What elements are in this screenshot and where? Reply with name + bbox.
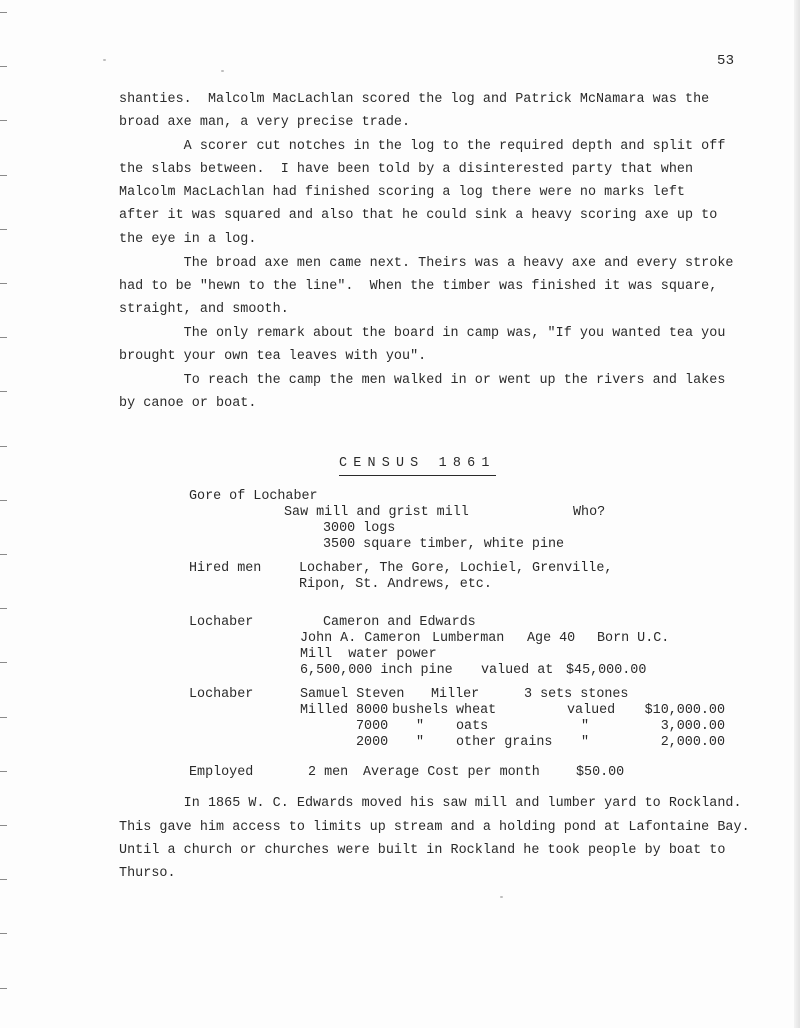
text-line: by canoe or boat. [119, 396, 256, 412]
census-hired-line1: Lochaber, The Gore, Lochiel, Grenville, [299, 561, 612, 577]
text-line: broad axe man, a very precise trade. [119, 115, 410, 131]
text-line: the eye in a log. [119, 232, 256, 248]
grain-value: $10,000.00 [645, 703, 725, 719]
grain-unit: " [416, 735, 424, 751]
census-steven-stones: 3 sets stones [524, 687, 628, 703]
binding-tick [0, 283, 7, 284]
binding-tick [0, 446, 7, 447]
document-page: 53 shanties. Malcolm MacLachlan scored t… [0, 0, 800, 1028]
census-employed-cost: $50.00 [576, 765, 624, 781]
census-cameron-born: Born U.C. [597, 631, 669, 647]
census-title-text: CENSUS 1861 [339, 456, 496, 471]
census-cameron-occupation: Lumberman [432, 631, 504, 647]
binding-tick [0, 662, 7, 663]
binding-tick [0, 175, 7, 176]
grain-valued: " [581, 735, 589, 751]
text-line: To reach the camp the men walked in or w… [119, 373, 725, 389]
binding-tick [0, 337, 7, 338]
grain-unit: " [416, 719, 424, 735]
census-cameron-age: Age 40 [527, 631, 575, 647]
binding-tick [0, 391, 7, 392]
text-line: brought your own tea leaves with you". [119, 349, 426, 365]
grain-name: wheat [456, 703, 496, 719]
binding-tick [0, 229, 7, 230]
grain-qty: 7000 [356, 719, 388, 735]
grain-name: oats [456, 719, 488, 735]
census-cameron-mill: Mill water power [300, 647, 437, 663]
census-steven-occupation: Miller [431, 687, 479, 703]
text-line: In 1865 W. C. Edwards moved his saw mill… [119, 796, 742, 812]
text-line: Malcolm MacLachlan had finished scoring … [119, 185, 685, 201]
grain-qty: 8000 [356, 703, 388, 719]
text-line: Until a church or churches were built in… [119, 843, 725, 859]
grain-name: other grains [456, 735, 552, 751]
census-cameron-name: John A. Cameron [300, 631, 421, 647]
page-number: 53 [717, 53, 734, 69]
binding-tick [0, 554, 7, 555]
text-line: Thurso. [119, 866, 176, 882]
text-line: The broad axe men came next. Theirs was … [119, 256, 734, 272]
census-employed-cost-label: Average Cost per month [363, 765, 540, 781]
text-line: shanties. Malcolm MacLachlan scored the … [119, 92, 709, 108]
census-cameron-firm: Cameron and Edwards [323, 615, 476, 631]
census-employed-men: 2 men [308, 765, 348, 781]
text-line: The only remark about the board in camp … [119, 326, 725, 342]
census-cameron-valued-label: valued at [481, 663, 553, 679]
binding-tick [0, 771, 7, 772]
binding-tick [0, 988, 7, 989]
grain-value: 2,000.00 [661, 735, 725, 751]
binding-tick [0, 717, 7, 718]
text-line: the slabs between. I have been told by a… [119, 162, 693, 178]
text-line: had to be "hewn to the line". When the t… [119, 279, 717, 295]
grain-valued: valued [567, 703, 615, 719]
census-hired-line2: Ripon, St. Andrews, etc. [299, 577, 492, 593]
paper-speck [500, 896, 503, 898]
census-gore-logs: 3000 logs [323, 521, 395, 537]
binding-tick [0, 500, 7, 501]
census-gore-mill: Saw mill and grist mill [284, 505, 469, 521]
census-gore-place: Gore of Lochaber [189, 489, 318, 505]
binding-tick [0, 933, 7, 934]
census-gore-timber: 3500 square timber, white pine [323, 537, 564, 553]
census-gore-who: Who? [573, 505, 605, 521]
text-line: A scorer cut notches in the log to the r… [119, 139, 725, 155]
binding-tick [0, 825, 7, 826]
binding-tick [0, 608, 7, 609]
census-steven-name: Samuel Steven [300, 687, 404, 703]
grain-valued: " [581, 719, 589, 735]
grain-unit: bushels [392, 703, 448, 719]
grain-qty: 2000 [356, 735, 388, 751]
census-employed-label: Employed [189, 765, 253, 781]
paper-speck [221, 70, 224, 72]
binding-tick [0, 12, 7, 13]
text-line: straight, and smooth. [119, 302, 289, 318]
census-cameron-pine: 6,500,000 inch pine [300, 663, 453, 679]
census-cameron-place: Lochaber [189, 615, 253, 631]
census-cameron-value: $45,000.00 [566, 663, 646, 679]
paper-speck [103, 59, 106, 61]
text-line: after it was squared and also that he co… [119, 208, 717, 224]
binding-tick [0, 879, 7, 880]
grain-value: 3,000.00 [661, 719, 725, 735]
text-line: This gave him access to limits up stream… [119, 820, 750, 836]
page-edge-shadow [794, 0, 800, 1028]
census-title: CENSUS 1861 [339, 456, 496, 476]
census-steven-milled-label: Milled [300, 703, 348, 719]
binding-tick [0, 66, 7, 67]
census-steven-place: Lochaber [189, 687, 253, 703]
binding-tick [0, 120, 7, 121]
census-hired-label: Hired men [189, 561, 261, 577]
